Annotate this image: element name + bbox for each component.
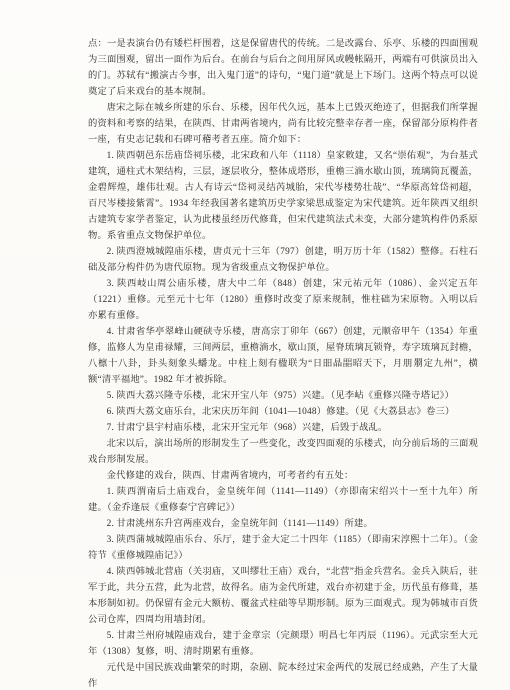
paragraph: 2. 甘肃洮州东升宫两座戏台，金皇统年间（1141—1149）所建。	[88, 516, 478, 532]
paragraph: 3. 陕西蒲城城隍庙乐台、乐厅，建于金大定二十四年（1185）（即南宋淳熙十二年…	[88, 532, 478, 564]
paragraph: 7. 甘肃宁县宇村庙乐楼，北宋开宝元年（968）兴建，后毁于战乱。	[88, 420, 478, 436]
paragraph: 5. 甘肃兰州府城隍庙戏台，建于金章宗（完颜璟）明昌七年丙辰（1196）。元武宗…	[88, 628, 478, 660]
paragraph: 1. 陕西朝邑东岳庙岱祠乐楼，北宋政和八年（1118）皇家敕建，又名“崇佑观”，…	[88, 148, 478, 244]
page-text-block: 点：一是表演台仍有矮栏杆围着，这是保留唐代的传统。二是改露台、乐亭、乐楼的四面围…	[88, 36, 478, 690]
paragraph: 唐宋之际在城乡所建的乐台、乐楼，因年代久远，基本上已毁灭绝迹了，但据我们所掌握的…	[88, 100, 478, 148]
document-page: 点：一是表演台仍有矮栏杆围着，这是保留唐代的传统。二是改露台、乐亭、乐楼的四面围…	[0, 0, 510, 690]
paragraph: 金代修建的戏台，陕西、甘肃两省境内，可考者约有五处：	[88, 468, 478, 484]
paragraph: 点：一是表演台仍有矮栏杆围着，这是保留唐代的传统。二是改露台、乐亭、乐楼的四面围…	[88, 36, 478, 100]
paragraph: 1. 陕西渭南后土庙戏台，金皇统年间（1141—1149）（亦即南宋绍兴十一至十…	[88, 484, 478, 516]
paragraph: 6. 陕西大荔文庙乐台，北宋庆历年间（1041—1048）修建。（见《大荔县志》…	[88, 404, 478, 420]
paragraph: 元代是中国民族戏曲繁荣的时期，杂剧、院本经过宋金两代的发展已经成熟，产生了大量作	[88, 660, 478, 690]
paragraph: 4. 甘肃省华亭翠峰山硬硖寺乐楼，唐高宗丁卯年（667）创建，元顺帝甲午（135…	[88, 324, 478, 388]
paragraph: 2. 陕西澄城城隍庙乐楼，唐贞元十三年（797）创建，明万历十年（1582）整修…	[88, 244, 478, 276]
paragraph: 北宋以后，演出场所的形制发生了一些变化，改变四面观的乐楼式，向分前后场的三面观戏…	[88, 436, 478, 468]
paragraph: 3. 陕西岐山周公庙乐楼，唐大中二年（848）创建，宋元祐元年（1086）、金兴…	[88, 276, 478, 324]
paragraph: 5. 陕西大荔兴隆寺乐楼，北宋开宝八年（975）兴建。（见李岾《重修兴隆寺塔记》…	[88, 388, 478, 404]
paragraph: 4. 陕西韩城北营庙（关羽庙，又叫缪壮王庙）戏台，“北营”指金兵营名。金兵入陕后…	[88, 564, 478, 628]
